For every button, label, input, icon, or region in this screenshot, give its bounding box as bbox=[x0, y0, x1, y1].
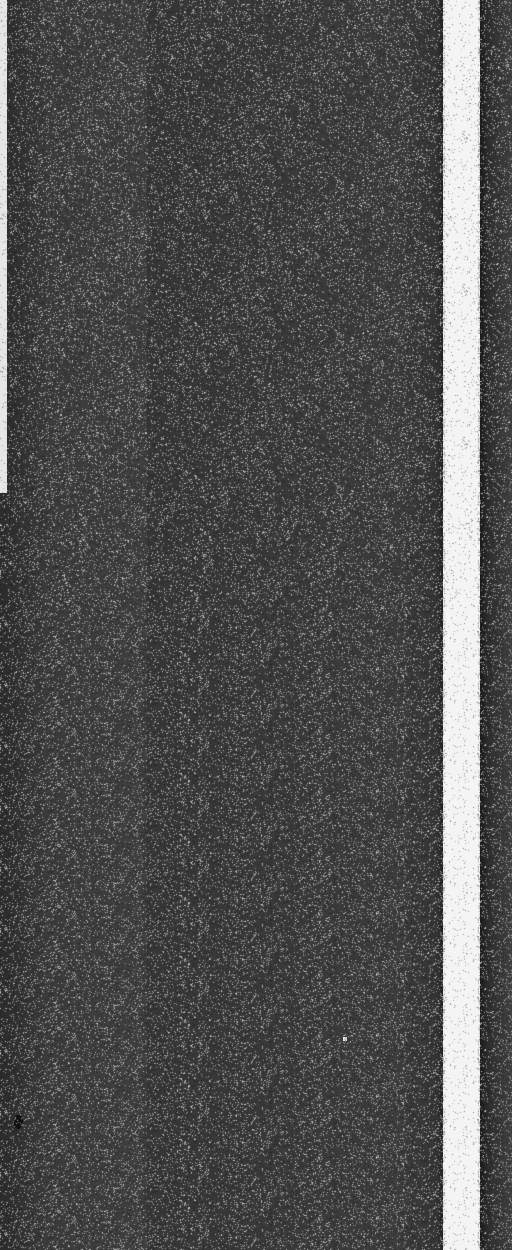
oil-spot bbox=[13, 1115, 23, 1129]
left-edge-line bbox=[0, 0, 7, 493]
road-surface-photo bbox=[0, 0, 512, 1250]
pebble bbox=[343, 1037, 347, 1041]
asphalt-surface-center bbox=[147, 0, 443, 1250]
asphalt-surface-right bbox=[480, 0, 512, 1250]
left-edge-asphalt bbox=[0, 493, 7, 1250]
right-lane-line bbox=[443, 0, 480, 1250]
asphalt-surface-left bbox=[7, 0, 147, 1250]
